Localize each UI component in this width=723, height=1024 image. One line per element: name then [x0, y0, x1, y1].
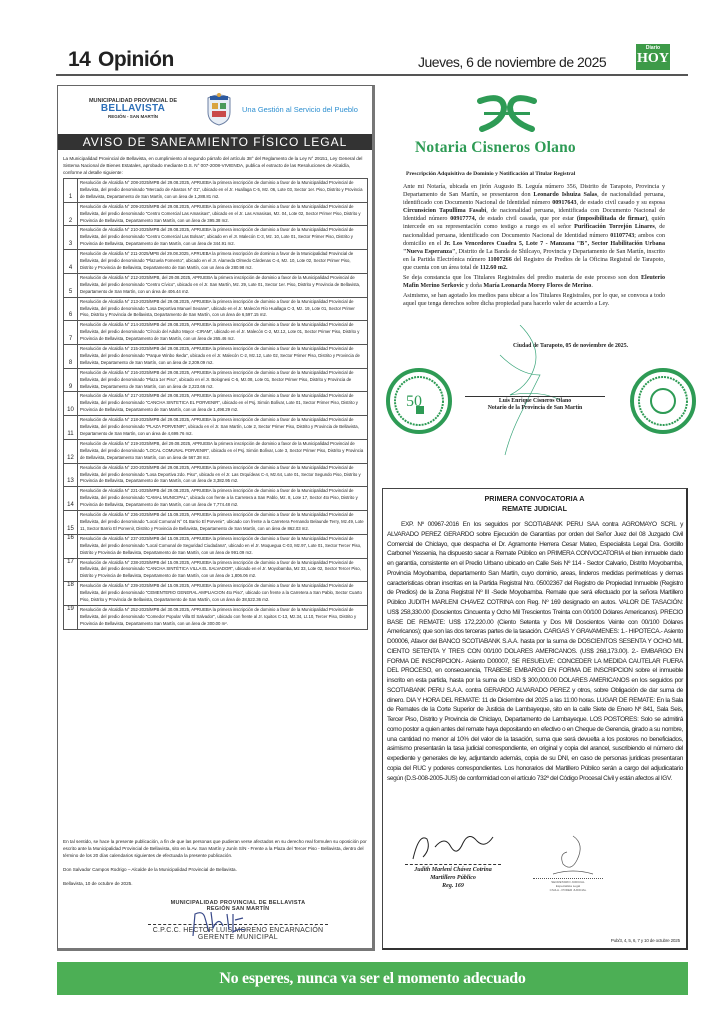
resolution-number: 17 [64, 558, 78, 582]
resolution-number: 3 [64, 226, 78, 250]
auctioneer-credentials: Judith Marleni Chávez Cotrina Martillero… [405, 866, 501, 890]
resolution-number: 19 [64, 605, 78, 629]
resolution-number: 8 [64, 345, 78, 369]
notice-title: AVISO DE SANEAMIENTO FÍSICO LEGAL [58, 134, 372, 150]
resolution-row: 12Resolución de Alcaldía N° 219-2025/MPB… [64, 439, 368, 463]
org-line-2: BELLAVISTA [78, 104, 188, 114]
resolution-text: Resolución de Alcaldía N° 237-2025/MPB d… [78, 534, 368, 558]
resolution-number: 12 [64, 439, 78, 463]
resolution-text: Resolución de Alcaldía N° 213-2025/MPB d… [78, 297, 368, 321]
resolution-text: Resolución de Alcaldía N° 212-2025/MPB, … [78, 273, 368, 297]
resolution-row: 19Resolución de Alcaldía N° 252-2025/MPB… [64, 605, 368, 629]
resolution-row: 9Resolución de Alcaldía N° 216-2025/MPB … [64, 368, 368, 392]
resolution-row: 18Resolución de Alcaldía N° 239-2025/MPB… [64, 582, 368, 606]
notary-seal-right-icon [630, 368, 696, 434]
footer-slogan-banner: No esperes, nunca va ser el momento adec… [57, 962, 688, 995]
notice-intro: La Municipalidad Provincial de Bellavist… [63, 155, 369, 176]
resolution-number: 2 [64, 202, 78, 226]
court-stamp: SECRETARIO JUDICIAL Especialista Legal C… [533, 878, 603, 892]
resolution-number: 11 [64, 416, 78, 440]
closing-paragraph: En tal sentido, se hace la presente publ… [63, 838, 369, 859]
resolution-row: 1Resolución de Alcaldía N° 208-2025/MPB … [64, 179, 368, 203]
resolution-text: Resolución de Alcaldía N° 217-2025/MPB d… [78, 392, 368, 416]
court-handwritten-signature-icon [533, 834, 603, 878]
notary-notice: Notaria Cisneros Olano Prescripción Adqu… [380, 85, 690, 480]
resolution-row: 11Resolución de Alcaldía N° 218-2025/MPB… [64, 416, 368, 440]
municipal-notice: MUNICIPALIDAD PROVINCIAL DE BELLAVISTA R… [57, 85, 375, 951]
court-signature: SECRETARIO JUDICIAL Especialista Legal C… [533, 834, 603, 909]
handwritten-signature-icon [183, 906, 253, 942]
notary-logo-icon [472, 95, 542, 135]
resolution-row: 16Resolución de Alcaldía N° 237-2025/MPB… [64, 534, 368, 558]
resolution-number: 4 [64, 250, 78, 274]
resolution-text: Resolución de Alcaldía N° 236-2025/MPB d… [78, 511, 368, 535]
resolution-row: 15Resolución de Alcaldía N° 236-2025/MPB… [64, 511, 368, 535]
resolution-text: Resolución de Alcaldía N° 220-2025/MPB d… [78, 463, 368, 487]
court-stamp-line-3: CSJLA - PODER JUDICIAL [533, 888, 603, 892]
notary-signer-role: Notario de la Provincia de San Martín [465, 405, 605, 412]
notary-paragraph-3: Asimismo, se han agotado los medios para… [403, 292, 665, 308]
page-number: 14 [68, 48, 90, 72]
publication-dates: Pub/3, 4, 5, 6, 7 y 10 de octubre 2025 [611, 938, 680, 943]
notary-name: Notaria Cisneros Olano [415, 139, 576, 157]
auctioneer-registration: Reg. 169 [405, 882, 501, 890]
resolution-text: Resolución de Alcaldía N° 210-2025/MPB d… [78, 226, 368, 250]
logo-big-text: HOY [636, 52, 670, 66]
issue-date: Jueves, 6 de noviembre de 2025 [418, 54, 606, 70]
resolution-row: 13Resolución de Alcaldía N° 220-2025/MPB… [64, 463, 368, 487]
auctioneer-signature-line [405, 864, 501, 865]
resolution-text: Resolución de Alcaldía N° 219-2025/MPB, … [78, 439, 368, 463]
municipal-slogan: Una Gestión al Servicio del Pueblo [242, 105, 358, 114]
notary-signer-name: Luis Enrique Cisneros Olano [465, 398, 605, 405]
resolution-text: Resolución de Alcaldía N° 215-2025/MPB d… [78, 345, 368, 369]
resolution-row: 8Resolución de Alcaldía N° 215-2025/MPB … [64, 345, 368, 369]
resolution-number: 7 [64, 321, 78, 345]
resolution-row: 10Resolución de Alcaldía N° 217-2025/MPB… [64, 392, 368, 416]
place-date: Bellavista, 10 de octubre de 2025. [63, 880, 369, 887]
section-title: Opinión [98, 48, 174, 72]
resolution-row: 5Resolución de Alcaldía N° 212-2025/MPB,… [64, 273, 368, 297]
page-header: 14 Opinión Jueves, 6 de noviembre de 202… [56, 40, 688, 76]
resolution-text: Resolución de Alcaldía N° 218-2025/MPB d… [78, 416, 368, 440]
auction-body: EXP. Nº 00967-2016 En los seguidos por S… [387, 520, 683, 783]
municipality-name: MUNICIPALIDAD PROVINCIAL DE BELLAVISTA R… [78, 98, 188, 119]
auction-title-line-2: REMATE JUDICIAL [383, 504, 686, 514]
resolution-row: 6Resolución de Alcaldía N° 213-2025/MPB … [64, 297, 368, 321]
resolution-text: Resolución de Alcaldía N° 208-2025/MPB d… [78, 179, 368, 203]
notary-body: Ante mi Notaría, ubicada en jirón August… [403, 183, 665, 310]
resolution-text: Resolución de Alcaldía N° 239-2025/MPB d… [78, 582, 368, 606]
municipal-header: MUNICIPALIDAD PROVINCIAL DE BELLAVISTA R… [58, 86, 372, 133]
auction-title-line-1: PRIMERA CONVOCATORIA A [383, 494, 686, 504]
resolution-number: 9 [64, 368, 78, 392]
resolution-number: 13 [64, 463, 78, 487]
resolution-text: Resolución de Alcaldía N° 209-2025/MPB d… [78, 202, 368, 226]
notary-paragraph-2: Se deja constancia que los Titulares Reg… [403, 274, 665, 290]
org-line-3: REGIÓN - SAN MARTÍN [78, 114, 188, 119]
auctioneer-role: Martillero Público [405, 874, 501, 882]
resolution-row: 3Resolución de Alcaldía N° 210-2025/MPB … [64, 226, 368, 250]
notary-handwritten-signature-icon [480, 325, 590, 465]
resolution-text: Resolución de Alcaldía N° 211-2025/MPB d… [78, 250, 368, 274]
resolution-text: Resolución de Alcaldía N° 214-2025/MPB d… [78, 321, 368, 345]
resolution-row: 7Resolución de Alcaldía N° 214-2025/MPB … [64, 321, 368, 345]
notary-seal-left-icon: 50 [386, 368, 452, 434]
resolution-text: Resolución de Alcaldía N° 221-2025/MPB d… [78, 487, 368, 511]
auction-title: PRIMERA CONVOCATORIA A REMATE JUDICIAL [383, 494, 686, 513]
resolutions-table: 1Resolución de Alcaldía N° 208-2025/MPB … [63, 178, 368, 630]
resolution-row: 2Resolución de Alcaldía N° 209-2025/MPB … [64, 202, 368, 226]
resolution-row: 17Resolución de Alcaldía N° 238-2025/MPB… [64, 558, 368, 582]
resolution-text: Resolución de Alcaldía N° 216-2025/MPB d… [78, 368, 368, 392]
resolution-number: 10 [64, 392, 78, 416]
diario-hoy-logo: Diario HOY [636, 44, 670, 70]
resolution-row: 14Resolución de Alcaldía N° 221-2025/MPB… [64, 487, 368, 511]
resolution-text: Resolución de Alcaldía N° 238-2025/MPB d… [78, 558, 368, 582]
notary-notice-title: Prescripción Adquisitiva de Dominio y No… [406, 171, 575, 177]
notary-paragraph-1: Ante mi Notaría, ubicada en jirón August… [403, 183, 665, 272]
notary-signature: Luis Enrique Cisneros Olano Notario de l… [465, 396, 605, 412]
auctioneer-name: Judith Marleni Chávez Cotrina [405, 866, 501, 874]
resolution-number: 5 [64, 273, 78, 297]
municipal-crest-icon [204, 92, 234, 126]
resolution-number: 15 [64, 511, 78, 535]
resolution-number: 14 [64, 487, 78, 511]
auctioneer-handwritten-signature-icon [405, 829, 501, 863]
judicial-auction-notice: PRIMERA CONVOCATORIA A REMATE JUDICIAL E… [382, 488, 688, 950]
resolution-row: 4Resolución de Alcaldía N° 211-2025/MPB … [64, 250, 368, 274]
resolution-number: 18 [64, 582, 78, 606]
auctioneer-signature: Judith Marleni Chávez Cotrina Martillero… [405, 829, 505, 901]
resolution-number: 6 [64, 297, 78, 321]
resolution-number: 16 [64, 534, 78, 558]
resolution-number: 1 [64, 179, 78, 203]
notice-closing: En tal sentido, se hace la presente publ… [63, 838, 369, 894]
mayor-line: Don Salvador Campos Rodrigo – Alcalde de… [63, 866, 369, 873]
resolution-text: Resolución de Alcaldía N° 252-2025/MPB d… [78, 605, 368, 629]
